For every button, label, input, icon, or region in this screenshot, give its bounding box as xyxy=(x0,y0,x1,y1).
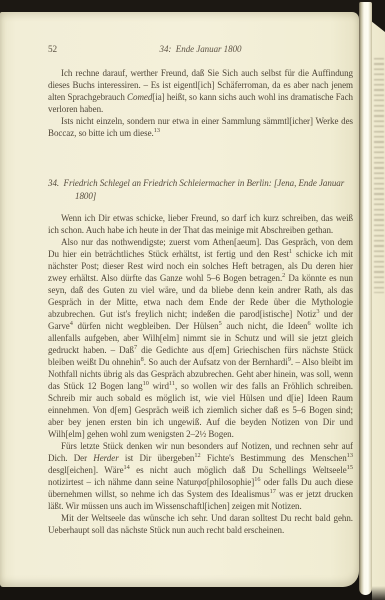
paragraph: Ists nicht einzeln, sondern nur etwa in … xyxy=(48,115,353,139)
letter-heading: 34. Friedrich Schlegel an Friedrich Schl… xyxy=(48,177,353,202)
facing-page-shadow-top xyxy=(372,0,385,32)
facing-page-shadow-bottom xyxy=(372,586,385,600)
page-fore-edge xyxy=(359,2,372,595)
facing-page-text-blur xyxy=(374,58,384,293)
paragraph: Also nur das nothwendigste; zuerst vom A… xyxy=(48,236,353,440)
book-scan-photo: 52 34: Ende Januar 1800 Ich rechne darau… xyxy=(0,0,385,600)
paragraph: Wenn ich Dir etwas schicke, lieber Freun… xyxy=(48,212,353,236)
paragraph: Mit der Weltseele das wünsche ich sehr. … xyxy=(48,512,353,536)
facing-page-sliver xyxy=(372,0,385,600)
page-text-block: 52 34: Ende Januar 1800 Ich rechne darau… xyxy=(48,43,353,536)
paragraph: Ich rechne darauf, werther Freund, daß S… xyxy=(48,67,353,115)
paragraph: Fürs letzte Stück denken wir nun besonde… xyxy=(48,440,353,512)
book-page: 52 34: Ende Januar 1800 Ich rechne darau… xyxy=(0,12,359,587)
running-head: 34: Ende Januar 1800 xyxy=(48,43,353,55)
page-header: 52 34: Ende Januar 1800 xyxy=(48,43,353,55)
